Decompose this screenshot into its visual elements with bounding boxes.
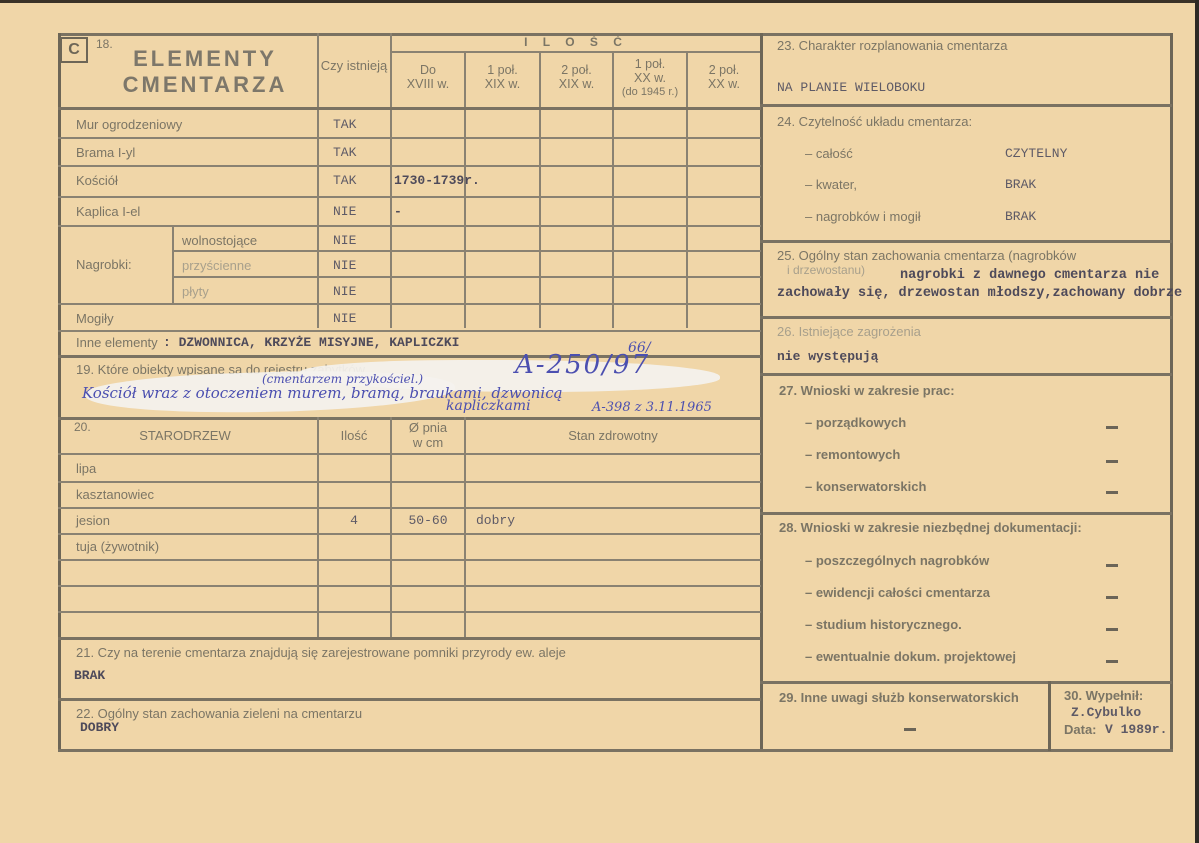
tree-row-divider [58, 585, 761, 587]
section-18-bottom [58, 355, 761, 358]
tree-species: tuja (żywotnik) [76, 539, 159, 554]
section-18-header-bottom [58, 107, 761, 110]
section-28-label: 28. Wnioski w zakresie niezbędnej dokume… [779, 520, 1082, 535]
legibility-item-label: – całość [805, 146, 853, 161]
docs-item-dash [1106, 596, 1118, 599]
row-divider [58, 137, 761, 139]
period-header-line: 1 poł. [466, 63, 539, 77]
works-item-dash [1106, 460, 1118, 463]
tree-row-divider [58, 533, 761, 535]
tree-row-divider [58, 507, 761, 509]
section-29-30-divider [1048, 681, 1051, 751]
section-26-label: 26. Istniejące zagrożenia [777, 324, 921, 339]
legibility-item-value: CZYTELNY [1005, 146, 1067, 161]
element-row-label: Brama I-yl [76, 145, 135, 160]
row-divider [58, 303, 761, 305]
title-line-1: ELEMENTY [100, 46, 310, 72]
tree-health-header: Stan zdrowotny [466, 428, 760, 443]
element-exists-value: NIE [333, 284, 356, 299]
legibility-item-label: – nagrobków i mogił [805, 209, 921, 224]
section-25-bottom [760, 316, 1172, 319]
element-exists-value: NIE [333, 258, 356, 273]
quantity-header-divider [390, 51, 760, 53]
period-header-line: 2 poł. [688, 63, 760, 77]
element-row-label: Mogiły [76, 311, 114, 326]
section-22-value: DOBRY [80, 720, 119, 735]
element-row-label: przyścienne [182, 258, 251, 273]
col-header-period: DoXVIII w. [392, 63, 464, 91]
section-25-label-cont: i drzewostanu) [787, 263, 865, 277]
section-25-value-line2: zachowały się, drzewostan młodszy,zachow… [777, 286, 1182, 301]
element-row-label: wolnostojące [182, 233, 257, 248]
works-item-label: – konserwatorskich [805, 479, 926, 494]
docs-item-label: – ewentualnie dokum. projektowej [805, 649, 1016, 664]
legibility-item-label: – kwater, [805, 177, 857, 192]
works-item-label: – remontowych [805, 447, 900, 462]
row-divider [58, 196, 761, 198]
docs-item-dash [1106, 660, 1118, 663]
starodrzew-header: STARODRZEW [100, 428, 270, 443]
row-divider [172, 276, 761, 278]
tree-species: lipa [76, 461, 96, 476]
scan-edge-top [0, 0, 1199, 3]
docs-item-label: – studium historycznego. [805, 617, 962, 632]
tree-header-bottom [58, 453, 761, 455]
section-30-label: 30. Wypełnił: [1064, 688, 1143, 703]
docs-item-label: – ewidencji całości cmentarza [805, 585, 990, 600]
handwritten-reference: A-398 z 3.11.1965 [592, 400, 712, 415]
period-header-line: (do 1945 r.) [614, 85, 686, 99]
period-header-line: XVIII w. [392, 77, 464, 91]
works-item-label: – porządkowych [805, 415, 906, 430]
period-header-line: 1 poł. [614, 57, 686, 71]
section-23-label: 23. Charakter rozplanowania cmentarza [777, 38, 1008, 53]
tree-health: dobry [476, 513, 515, 528]
col-divider-p2 [464, 51, 466, 328]
legibility-item-value: BRAK [1005, 209, 1036, 224]
element-exists-value: NIE [333, 233, 356, 248]
col-divider-p3 [539, 51, 541, 328]
row-divider [58, 165, 761, 167]
section-24-label: 24. Czytelność układu cmentarza: [777, 114, 972, 129]
nagrobki-divider [172, 225, 174, 305]
section-21-label: 21. Czy na terenie cmentarza znajdują si… [76, 645, 566, 660]
section-25-value-line1: nagrobki z dawnego cmentarza nie [900, 268, 1159, 283]
corner-letter-box: C [60, 37, 88, 63]
tree-row-divider [58, 611, 761, 613]
element-period-value: 1730-1739r. [394, 173, 480, 188]
filled-by-name: Z.Cybulko [1071, 705, 1141, 720]
col-header-period: 1 poł.XX w.(do 1945 r.) [614, 57, 686, 99]
tree-row-divider [58, 559, 761, 561]
works-item-dash [1106, 426, 1118, 429]
element-exists-value: TAK [333, 117, 356, 132]
element-period-value: - [394, 204, 402, 219]
element-exists-value: TAK [333, 145, 356, 160]
frame-middle [760, 33, 763, 751]
row-divider [58, 330, 761, 332]
element-row-label: Kościół [76, 173, 118, 188]
works-item-dash [1106, 491, 1118, 494]
section-26-bottom [760, 373, 1172, 376]
col-header-exists: Czy istnieją [318, 58, 390, 73]
tree-diameter: 50-60 [392, 513, 464, 528]
frame-left [58, 33, 61, 751]
title-line-2: CMENTARZA [100, 72, 310, 98]
period-header-line: XX w. [688, 77, 760, 91]
element-exists-value: NIE [333, 311, 356, 326]
section-26-value: nie występują [777, 349, 878, 364]
docs-item-label: – poszczególnych nagrobków [805, 553, 989, 568]
tree-col-divider-1 [317, 417, 319, 639]
section-20-bottom [58, 637, 761, 640]
section-18-title: ELEMENTY CMENTARZA [100, 46, 310, 98]
date-value: V 1989r. [1105, 722, 1167, 737]
docs-item-dash [1106, 564, 1118, 567]
scan-edge-right [1195, 0, 1199, 843]
element-exists-value: TAK [333, 173, 356, 188]
docs-item-dash [1106, 628, 1118, 631]
section-23-bottom [760, 104, 1172, 107]
col-divider-p5 [686, 51, 688, 328]
diameter-header-line2: w cm [392, 435, 464, 450]
handwritten-objects-cont: kapliczkami [446, 398, 531, 414]
section-24-bottom [760, 240, 1172, 243]
section-23-value: NA PLANIE WIELOBOKU [777, 80, 925, 95]
section-27-bottom [760, 512, 1172, 515]
element-row-label: Kaplica I-el [76, 204, 140, 219]
element-row-label: płyty [182, 284, 209, 299]
period-header-line: 2 poł. [541, 63, 612, 77]
nagrobki-label: Nagrobki: [76, 257, 132, 272]
tree-count-header: Ilość [318, 428, 390, 443]
tree-col-divider-3 [464, 417, 466, 639]
section-27-label: 27. Wnioski w zakresie prac: [779, 383, 955, 398]
tree-count: 4 [318, 513, 390, 528]
tree-col-divider-2 [390, 417, 392, 639]
tree-row-divider [58, 481, 761, 483]
row-divider [172, 250, 761, 252]
trunk-diameter-header: Ø pnia w cm [392, 420, 464, 450]
period-header-line: XIX w. [466, 77, 539, 91]
frame-bottom [58, 749, 1173, 752]
section-28-bottom [760, 681, 1172, 684]
section-25-label: 25. Ogólny stan zachowania cmentarza (na… [777, 248, 1076, 263]
col-header-period: 1 poł.XIX w. [466, 63, 539, 91]
period-header-line: Do [392, 63, 464, 77]
period-header-line: XX w. [614, 71, 686, 85]
other-elements-label: Inne elementy [76, 335, 158, 350]
other-elements-value: : DZWONNICA, KRZYŻE MISYJNE, KAPLICZKI [163, 335, 459, 350]
legibility-item-value: BRAK [1005, 177, 1036, 192]
col-header-period: 2 poł.XIX w. [541, 63, 612, 91]
tree-species: jesion [76, 513, 110, 528]
section-21-bottom [58, 698, 761, 701]
section-22-label: 22. Ogólny stan zachowania zieleni na cm… [76, 706, 362, 721]
element-exists-value: NIE [333, 204, 356, 219]
frame-right [1170, 33, 1173, 751]
element-row-label: Mur ogrodzeniowy [76, 117, 182, 132]
date-label: Data: [1064, 722, 1097, 737]
col-header-period: 2 poł.XX w. [688, 63, 760, 91]
section-21-value: BRAK [74, 668, 105, 683]
col-header-quantity: I L O Ś Ć [392, 35, 760, 49]
tree-species: kasztanowiec [76, 487, 154, 502]
row-divider [58, 225, 761, 227]
diameter-header-line1: Ø pnia [392, 420, 464, 435]
section-20-number: 20. [74, 420, 91, 434]
col-divider-exists [317, 33, 319, 328]
section-29-label: 29. Inne uwagi służb konserwatorskich [779, 690, 1019, 705]
period-header-line: XIX w. [541, 77, 612, 91]
handwritten-register-number: A-250/97 [515, 350, 650, 380]
section-29-dash [904, 728, 916, 731]
